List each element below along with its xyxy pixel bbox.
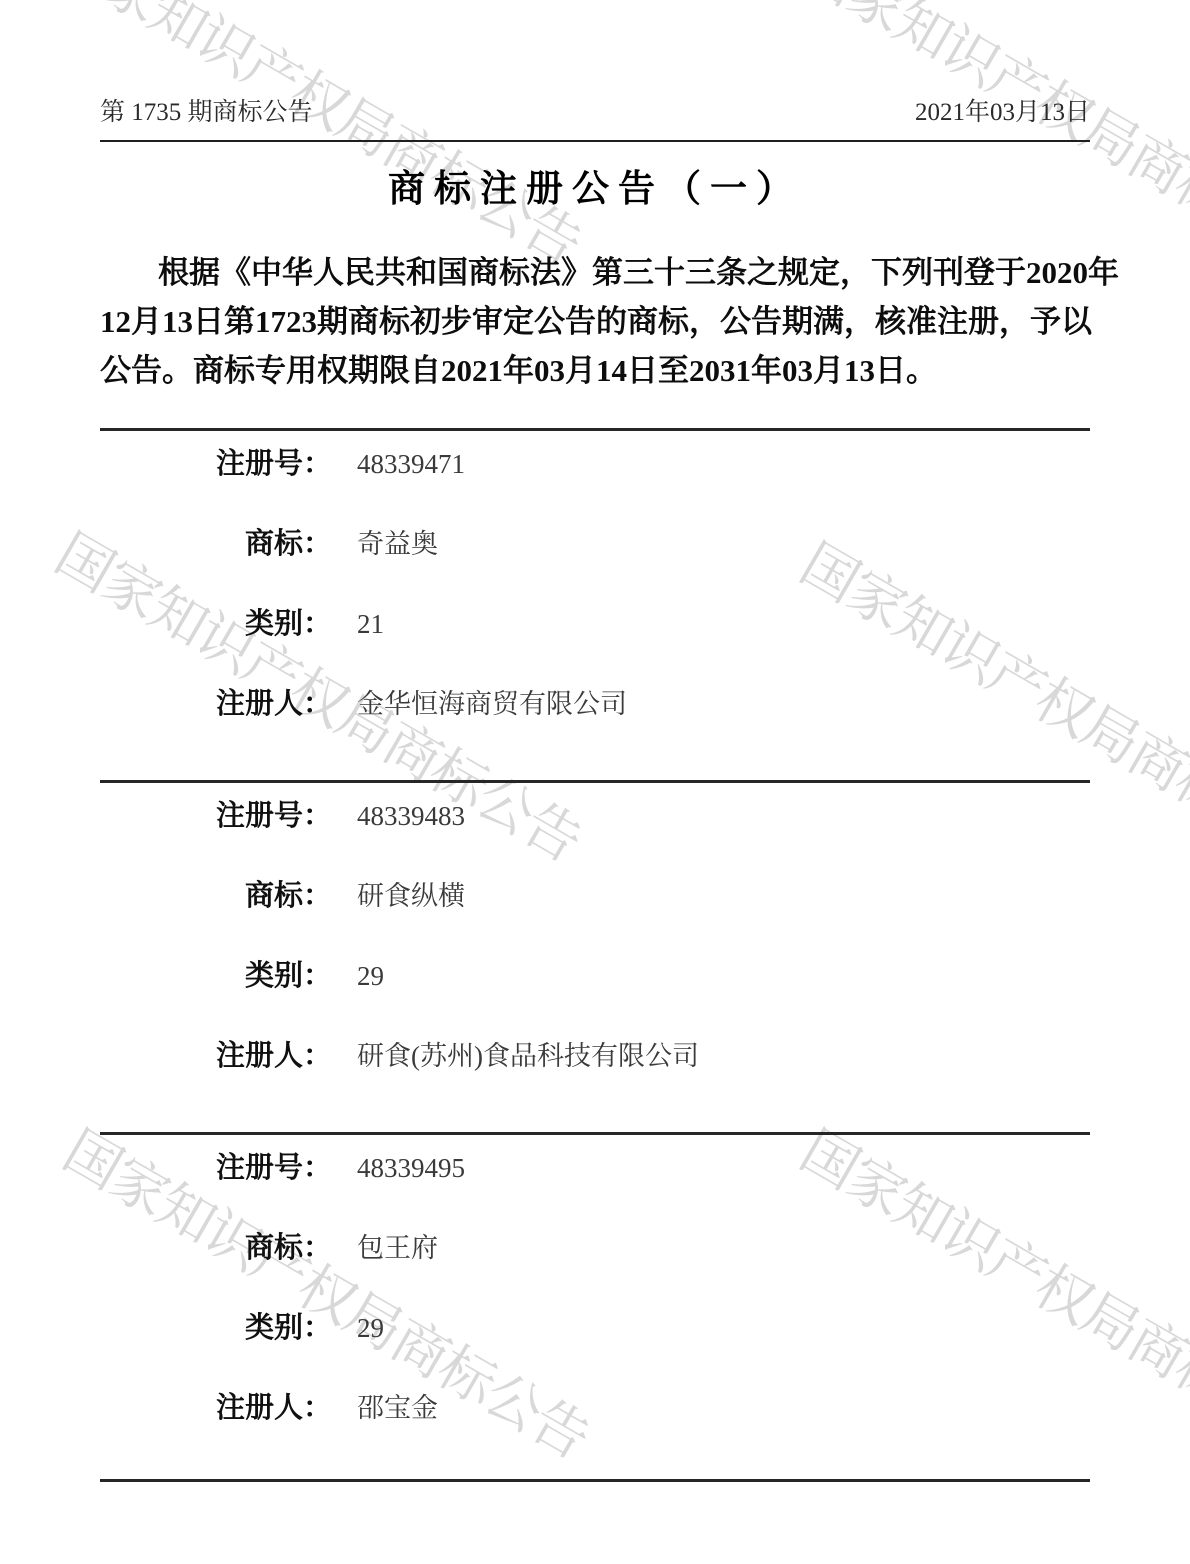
intro-line-2: 12月13日第1723期商标初步审定公告的商标，公告期满，核准注册，予以 <box>100 297 1090 346</box>
reg-no-value: 48339483 <box>357 801 465 831</box>
category-value: 21 <box>357 609 384 639</box>
category-row: 类别： 21 <box>100 609 1090 639</box>
registrant-value: 邵宝金 <box>357 1393 438 1423</box>
reg-no-row: 注册号： 48339483 <box>100 801 1090 831</box>
registrant-value: 金华恒海商贸有限公司 <box>357 689 627 719</box>
reg-no-row: 注册号： 48339471 <box>100 449 1090 479</box>
registrant-row: 注册人： 邵宝金 <box>100 1393 1090 1423</box>
registrant-row: 注册人： 金华恒海商贸有限公司 <box>100 689 1090 719</box>
reg-no-label: 注册号： <box>100 1153 332 1183</box>
page-header: 第 1735 期商标公告 2021年03月13日 <box>100 92 1090 142</box>
reg-no-value: 48339495 <box>357 1153 465 1183</box>
reg-no-label: 注册号： <box>100 801 332 831</box>
issue-number: 第 1735 期商标公告 <box>100 92 313 128</box>
trademark-row: 商标： 研食纵横 <box>100 881 1090 911</box>
registrant-label: 注册人： <box>100 689 332 719</box>
reg-no-label: 注册号： <box>100 449 332 479</box>
document-title: 商标注册公告（一） <box>100 158 1090 212</box>
category-row: 类别： 29 <box>100 961 1090 991</box>
registrant-row: 注册人： 研食(苏州)食品科技有限公司 <box>100 1041 1090 1071</box>
intro-paragraph: 根据《中华人民共和国商标法》第三十三条之规定，下列刊登于2020年 12月13日… <box>100 248 1090 395</box>
category-label: 类别： <box>100 961 332 991</box>
reg-no-value: 48339471 <box>357 449 465 479</box>
intro-line-1: 根据《中华人民共和国商标法》第三十三条之规定，下列刊登于2020年 <box>100 248 1090 297</box>
trademark-row: 商标： 奇益奥 <box>100 529 1090 559</box>
trademark-value: 包王府 <box>357 1233 438 1263</box>
trademark-label: 商标： <box>100 529 332 559</box>
trademark-label: 商标： <box>100 1233 332 1263</box>
reg-no-row: 注册号： 48339495 <box>100 1153 1090 1183</box>
category-value: 29 <box>357 961 384 991</box>
category-value: 29 <box>357 1313 384 1343</box>
trademark-value: 研食纵横 <box>357 881 465 911</box>
category-label: 类别： <box>100 1313 332 1343</box>
registrant-label: 注册人： <box>100 1393 332 1423</box>
trademark-records: 注册号： 48339471 商标： 奇益奥 类别： 21 注册人： 金华恒海商贸… <box>100 428 1090 1482</box>
category-label: 类别： <box>100 609 332 639</box>
registrant-label: 注册人： <box>100 1041 332 1071</box>
category-row: 类别： 29 <box>100 1313 1090 1343</box>
gazette-page: 第 1735 期商标公告 2021年03月13日 商标注册公告（一） 根据《中华… <box>100 0 1090 1482</box>
trademark-label: 商标： <box>100 881 332 911</box>
trademark-value: 奇益奥 <box>357 529 438 559</box>
publication-date: 2021年03月13日 <box>915 92 1090 128</box>
trademark-record: 注册号： 48339495 商标： 包王府 类别： 29 注册人： 邵宝金 <box>100 1132 1090 1479</box>
intro-line-3: 公告。商标专用权期限自2021年03月14日至2031年03月13日。 <box>100 346 1090 395</box>
trademark-row: 商标： 包王府 <box>100 1233 1090 1263</box>
trademark-record: 注册号： 48339483 商标： 研食纵横 类别： 29 注册人： 研食(苏州… <box>100 780 1090 1132</box>
registrant-value: 研食(苏州)食品科技有限公司 <box>357 1041 699 1071</box>
trademark-record: 注册号： 48339471 商标： 奇益奥 类别： 21 注册人： 金华恒海商贸… <box>100 428 1090 780</box>
